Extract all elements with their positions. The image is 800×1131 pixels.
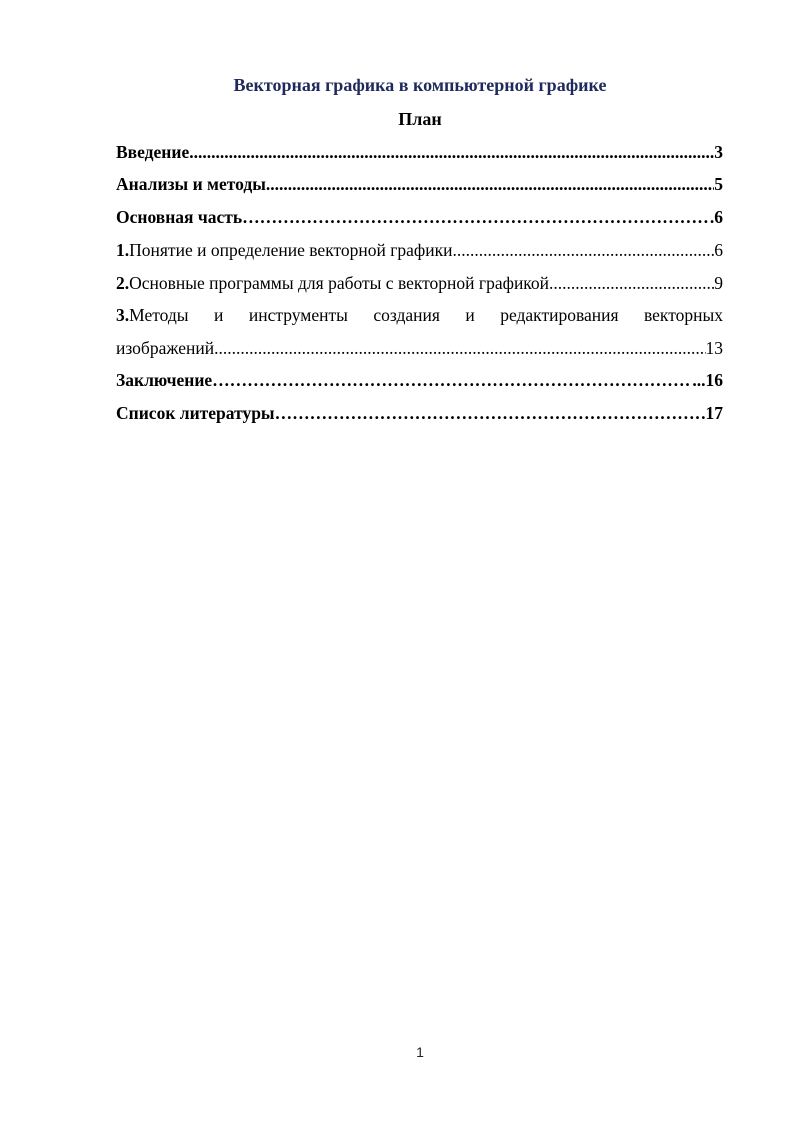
toc-entry-label: Анализы и методы: [116, 174, 266, 195]
toc-entry-references[interactable]: Список литературы .17: [116, 403, 723, 427]
toc-entry-label: Введение: [116, 142, 189, 163]
plan-heading: План: [0, 109, 800, 130]
toc-entry-main-part[interactable]: Основная часть .6: [116, 207, 723, 231]
toc-entry-label: Основные программы для работы с векторно…: [129, 273, 549, 293]
toc-entry-section-1[interactable]: 1.Понятие и определение векторной график…: [116, 240, 723, 264]
document-page: Векторная графика в компьютерной графике…: [0, 0, 800, 1131]
toc-entry-label: Понятие и определение векторной графики: [129, 240, 452, 260]
page-number: 1: [0, 1044, 800, 1060]
toc-entry-label: Список литературы: [116, 403, 275, 424]
dot-leader: [189, 142, 714, 163]
toc-entry-section-2[interactable]: 2.Основные программы для работы с вектор…: [116, 273, 723, 297]
toc-page-number: 3: [714, 142, 723, 163]
toc-page-number: .6: [710, 207, 723, 228]
dot-leader: [266, 174, 714, 195]
toc-entry-label-line-1: 3.Методы и инструменты создания и редакт…: [116, 305, 723, 326]
toc-entry-label: Основная часть: [116, 207, 242, 228]
dot-leader: [212, 370, 692, 391]
toc-entry-introduction[interactable]: Введение 3: [116, 142, 723, 166]
toc-entry-label: изображений: [116, 338, 214, 359]
toc-page-number: .17: [701, 403, 723, 424]
dot-leader: [275, 403, 702, 424]
document-title: Векторная графика в компьютерной графике: [0, 75, 800, 96]
dot-leader: [214, 338, 705, 359]
toc-page-number: ...16: [692, 370, 723, 391]
toc-entry-label-line-2: изображений 13: [116, 338, 723, 362]
toc-page-number: 13: [706, 338, 724, 359]
toc-entry-conclusion[interactable]: Заключение ...16: [116, 370, 723, 394]
dot-leader: [453, 240, 715, 261]
toc-page-number: 6: [714, 240, 723, 261]
toc-page-number: 5: [714, 174, 723, 195]
toc-section-number: 2.: [116, 273, 129, 293]
toc-entry-analysis-methods[interactable]: Анализы и методы 5: [116, 174, 723, 198]
dot-leader: [549, 273, 714, 294]
toc-section-number: 1.: [116, 240, 129, 260]
toc-section-number: 3.: [116, 305, 129, 325]
toc-entry-label: Заключение: [116, 370, 212, 391]
dot-leader: [242, 207, 710, 228]
toc-page-number: 9: [714, 273, 723, 294]
